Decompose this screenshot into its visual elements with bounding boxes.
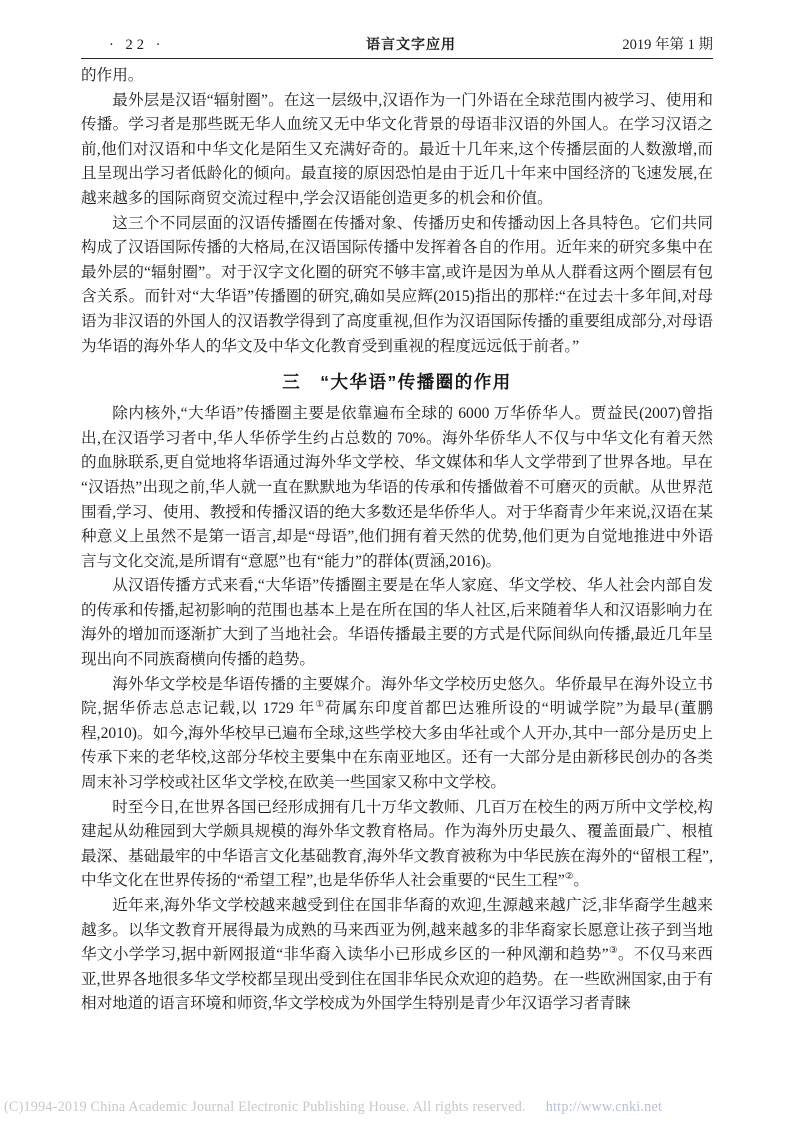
paragraph: 最外层是汉语“辐射圈”。在这一层级中,汉语作为一门外语在全球范围内被学习、使用和… [81, 89, 713, 212]
paragraph: 从汉语传播方式来看,“大华语”传播圈主要是在华人家庭、华文学校、华人社会内部自发… [81, 574, 713, 672]
footnote-marker: ③ [609, 946, 618, 956]
paragraph: 时至今日,在世界各国已经形成拥有几十万华文教师、几百万在校生的两万所中文学校,构… [81, 796, 713, 894]
paragraph: 除内核外,“大华语”传播圈主要是依靠遍布全球的 6000 万华侨华人。贾益民(2… [81, 402, 713, 574]
page-header: · 22 · 语言文字应用 2019 年第 1 期 [81, 35, 713, 54]
journal-page: · 22 · 语言文字应用 2019 年第 1 期 的作用。最外层是汉语“辐射圈… [0, 0, 794, 1123]
footnote-marker: ② [565, 872, 574, 882]
footnote-marker: ① [315, 700, 325, 710]
header-rule [81, 58, 713, 59]
paragraph: 这三个不同层面的汉语传播圈在传播对象、传播历史和传播动因上各具特色。它们共同构成… [81, 212, 713, 360]
copyright-footer: (C)1994-2019 China Academic Journal Elec… [4, 1098, 724, 1116]
page-number: · 22 · [81, 36, 310, 54]
section-heading: 三 “大华语”传播圈的作用 [81, 370, 713, 395]
paragraph: 的作用。 [81, 64, 713, 89]
cnki-url: http://www.cnki.net [546, 1098, 662, 1116]
copyright-text: (C)1994-2019 China Academic Journal Elec… [4, 1098, 526, 1116]
article-body: 的作用。最外层是汉语“辐射圈”。在这一层级中,汉语作为一门外语在全球范围内被学习… [81, 64, 713, 1017]
paragraph: 近年来,海外华文学校越来越受到住在国非华裔的欢迎,生源越来越广泛,非华裔学生越来… [81, 894, 713, 1017]
paragraph: 海外华文学校是华语传播的主要媒介。海外华文学校历史悠久。华侨最早在海外设立书院,… [81, 673, 713, 796]
issue-label: 2019 年第 1 期 [512, 36, 713, 54]
journal-title: 语言文字应用 [310, 35, 511, 53]
